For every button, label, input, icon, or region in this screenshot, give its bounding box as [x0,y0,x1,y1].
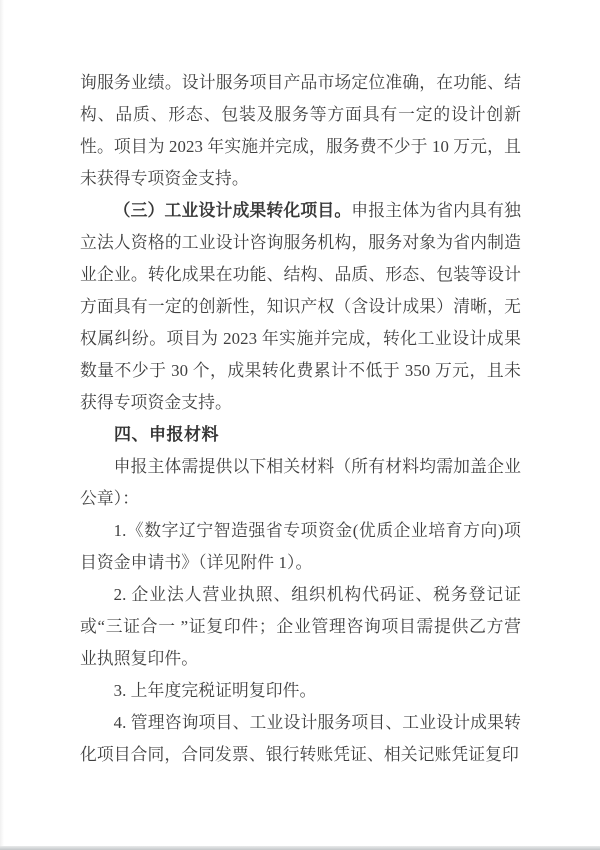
paragraph: 申报主体需提供以下相关材料（所有材料均需加盖企业公章）： [80,451,521,515]
paragraph: 询服务业绩。设计服务项目产品市场定位准确，在功能、结构、品质、形态、包装及服务等… [80,67,521,195]
paragraph: （三）工业设计成果转化项目。申报主体为省内具有独立法人资格的工业设计咨询服务机构… [80,195,521,419]
scan-left-edge-artifact [0,0,4,850]
document-body: 询服务业绩。设计服务项目产品市场定位准确，在功能、结构、品质、形态、包装及服务等… [80,67,521,771]
paragraph: 2. 企业法人营业执照、组织机构代码证、税务登记证或“三证合一 ”证复印件；企业… [80,579,521,675]
paragraph: 1.《数字辽宁智造强省专项资金(优质企业培育方向)项目资金申请书》（详见附件 1… [80,515,521,579]
paragraph: 3. 上年度完税证明复印件。 [80,675,521,707]
scan-bottom-edge-artifact [0,846,600,850]
paragraph: 4. 管理咨询项目、工业设计服务项目、工业设计成果转化项目合同，合同发票、银行转… [80,707,521,771]
paragraph-lead-bold: （三）工业设计成果转化项目。 [114,201,352,220]
scanned-document-page: 询服务业绩。设计服务项目产品市场定位准确，在功能、结构、品质、形态、包装及服务等… [0,0,600,850]
section-heading: 四、申报材料 [80,419,521,451]
